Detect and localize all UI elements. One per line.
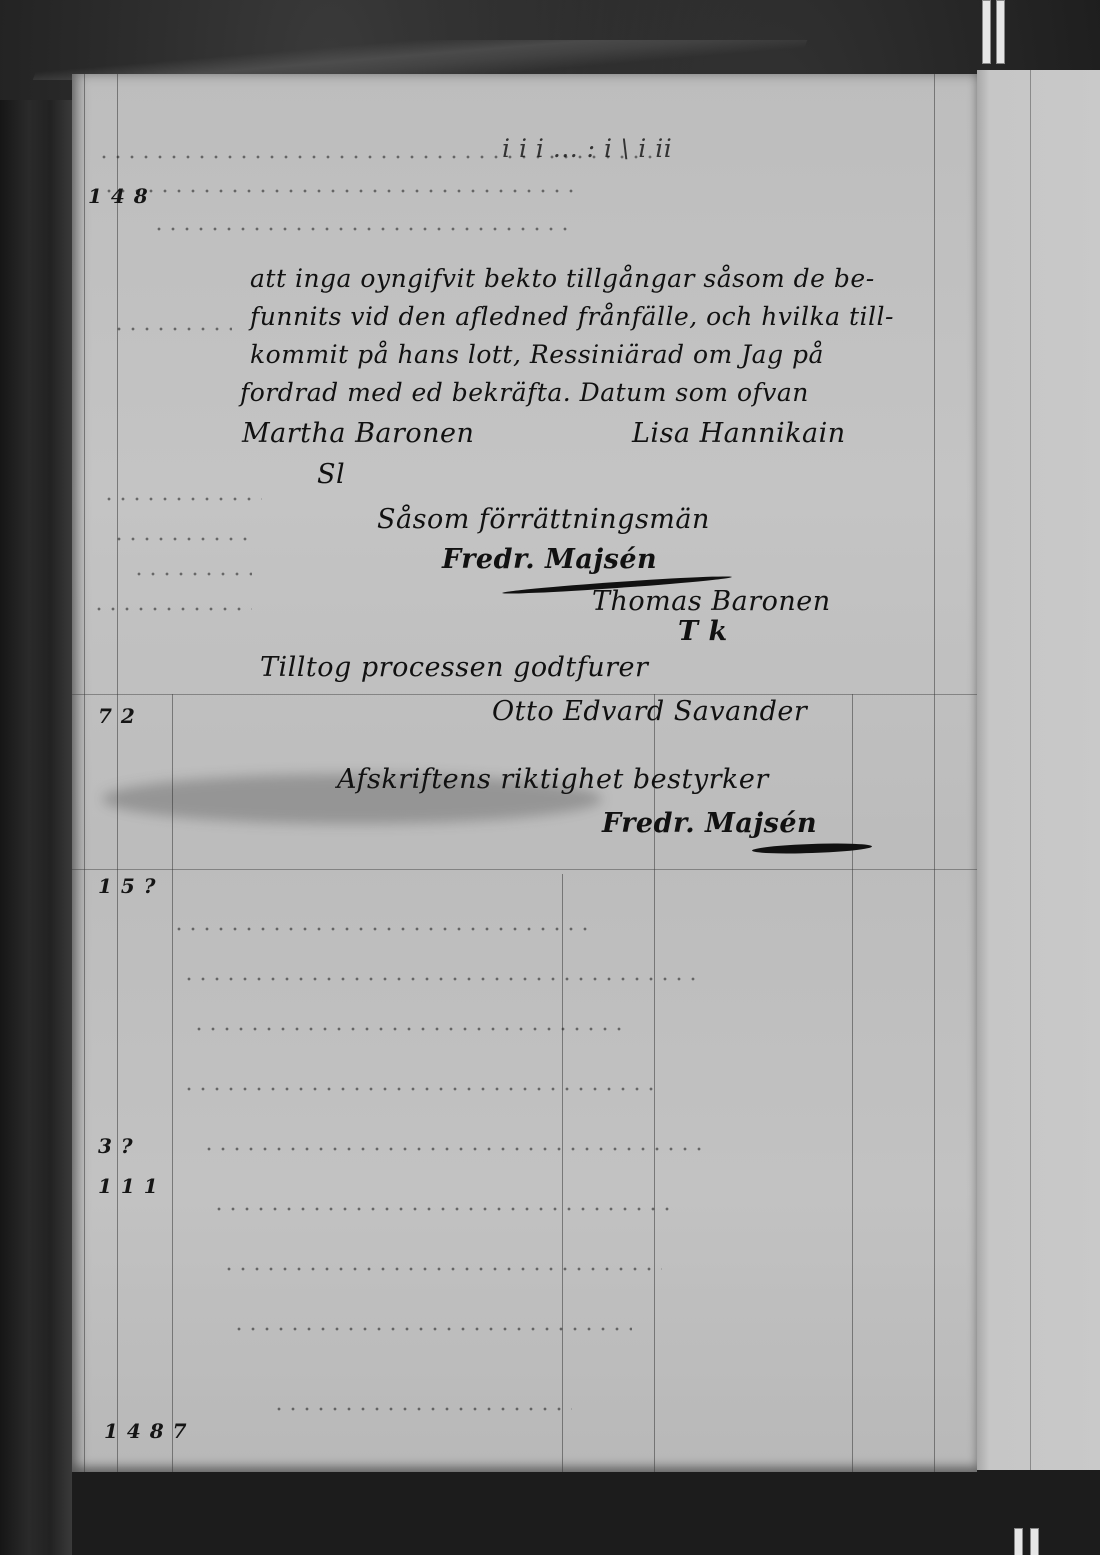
bleed-through-text <box>182 1084 662 1094</box>
appraisers-heading: Såsom förrättningsmän <box>377 504 710 535</box>
signature-flourish <box>752 842 872 855</box>
signature-fredr-majsen-2: Fredr. Majsén <box>602 808 817 839</box>
margin-number: 7 2 <box>98 704 136 728</box>
bleed-through-text <box>222 1264 662 1274</box>
bleed-through-text <box>272 1404 572 1414</box>
bleed-through-text <box>192 1024 622 1034</box>
mark-tk: T k <box>678 616 728 647</box>
facing-page-rule <box>1030 70 1031 1470</box>
margin-number: 1 4 8 <box>88 184 149 208</box>
bleed-through-text <box>132 569 252 579</box>
bleed-through-text <box>102 186 582 196</box>
body-line: funnits vid den afledned frånfälle, och … <box>250 302 894 331</box>
mark-glyph: Sl <box>317 459 345 490</box>
column-rule <box>562 874 563 1472</box>
bleed-through-text <box>92 604 252 614</box>
top-marks: i i i ... : i \ i ii <box>502 134 672 163</box>
bleed-through-text <box>172 924 592 934</box>
bleed-through-text <box>202 1144 702 1154</box>
margin-number: 1 5 ? <box>98 874 156 898</box>
scanner-clip <box>1014 1528 1023 1555</box>
body-line: att inga oyngifvit bekto tillgångar såso… <box>250 264 875 293</box>
declarant-right: Lisa Hannikain <box>632 418 846 449</box>
attestation-line: Afskriftens riktighet bestyrker <box>337 764 769 795</box>
column-rule <box>117 74 118 1472</box>
bleed-through-text <box>152 224 572 234</box>
signature-fredr-majsen: Fredr. Majsén <box>442 544 657 575</box>
column-rule <box>934 74 935 1472</box>
provenance-line: Tilltog processen godtfurer <box>260 652 648 683</box>
row-rule <box>72 869 977 870</box>
signature-otto-savander: Otto Edvard Savander <box>492 696 807 727</box>
bleed-through-text <box>212 1204 672 1214</box>
bleed-through-text <box>102 494 262 504</box>
bleed-through-text <box>112 534 252 544</box>
facing-page <box>977 70 1100 1470</box>
bleed-through-text <box>182 974 702 984</box>
margin-number: 1 4 8 7 <box>104 1419 188 1443</box>
bleed-through-text <box>232 1324 632 1334</box>
column-rule <box>852 694 853 1472</box>
book-binding <box>0 100 72 1555</box>
column-rule <box>84 74 85 1472</box>
declarant-left: Martha Baronen <box>242 418 474 449</box>
document-page: 1 4 8 7 2 1 5 ? 3 ? 1 1 1 1 4 8 7 i i i … <box>72 74 977 1472</box>
body-line: fordrad med ed bekräfta. Datum som ofvan <box>240 378 809 407</box>
bleed-through-text <box>112 324 232 334</box>
scanner-clip <box>996 0 1005 64</box>
scanner-clip <box>1030 1528 1039 1555</box>
signature-thomas-baronen: Thomas Baronen <box>592 586 831 617</box>
row-rule <box>72 694 977 695</box>
body-line: kommit på hans lott, Ressiniärad om Jag … <box>250 340 824 369</box>
scanner-clip <box>982 0 991 64</box>
margin-number: 1 1 1 <box>98 1174 159 1198</box>
margin-number: 3 ? <box>98 1134 134 1158</box>
